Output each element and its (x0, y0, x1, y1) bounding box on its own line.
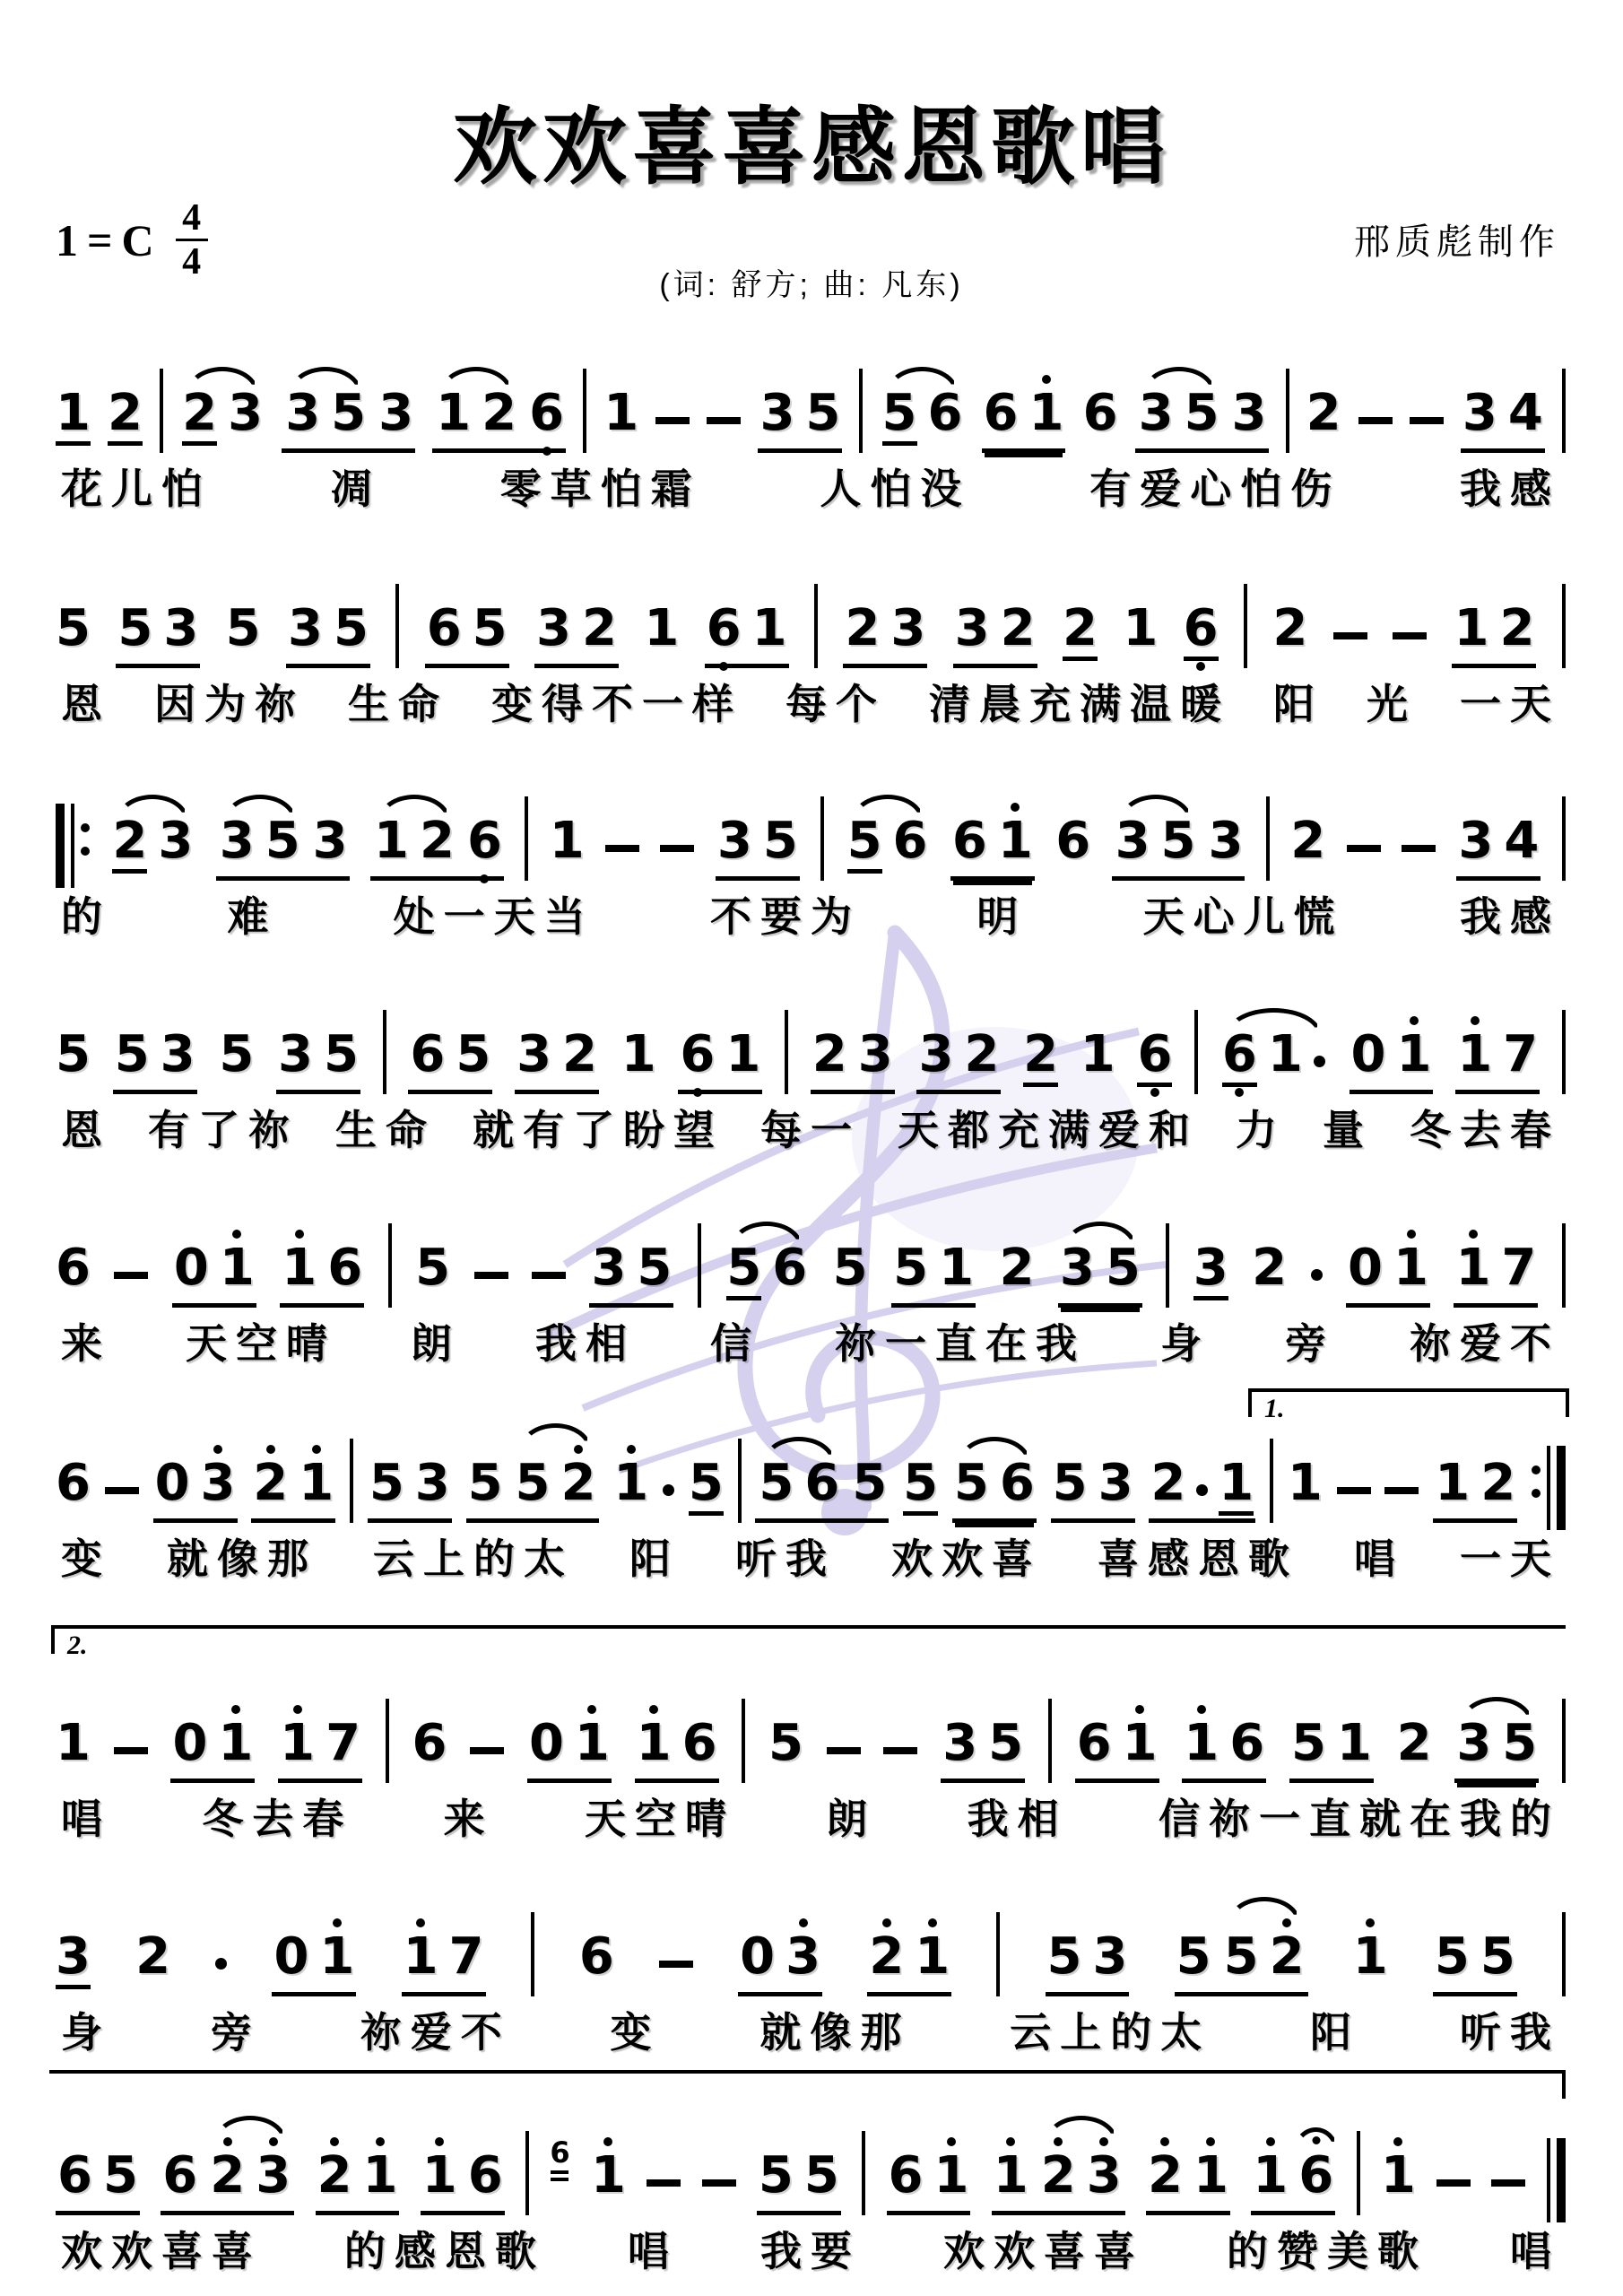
lyric-segment: 冬去春 (1410, 1098, 1560, 1157)
note: 5 (1224, 1932, 1259, 1989)
note: 5 (324, 1030, 359, 1087)
barline (1562, 1699, 1566, 1783)
note-group: 01 (527, 1705, 612, 1783)
music-line-8: 3201176032153552155身旁祢爱不变就像那云上的太阳听我 (54, 1889, 1567, 2059)
duration-dash (1410, 417, 1444, 424)
lyric-segment: 就像那 (167, 1526, 317, 1586)
lyric-segment: 朗 (826, 1787, 876, 1846)
barline (996, 1912, 1000, 1996)
duration-dash (470, 1747, 504, 1754)
note: 0 (740, 1932, 775, 1989)
maker-credit: 邢质彪制作 (1354, 213, 1560, 265)
note: 3 (1209, 816, 1244, 874)
note: 2 (253, 1445, 288, 1516)
note-group: 17 (402, 1918, 486, 1996)
note-group: 61 (678, 1030, 762, 1094)
note: 1 (752, 604, 787, 661)
augmentation-dot (1311, 1269, 1323, 1281)
octave-dot-high (330, 2137, 339, 2146)
note-digit: 3 (1093, 1932, 1128, 1982)
lyric-segment: 天都充满爱和 (898, 1098, 1199, 1157)
note-digit: 3 (858, 1030, 893, 1080)
octave-dot-high (295, 1230, 304, 1239)
lyric-segment: 阳 (1310, 2000, 1360, 2059)
lyric-segment: 天空晴 (186, 1311, 336, 1370)
note: 1 (613, 1445, 648, 1516)
note: 1 (725, 1030, 760, 1087)
slur-note-group: 35 (283, 388, 368, 453)
note: 5 (117, 604, 152, 661)
octave-dot-high (649, 1705, 658, 1714)
note: 6 (893, 816, 928, 874)
note-digit: 2 (1148, 2151, 1183, 2201)
note: 2 (561, 1445, 596, 1516)
note: 3 (1139, 388, 1174, 446)
note-digit: 0 (740, 1932, 775, 1982)
note: 2 (1252, 1243, 1287, 1300)
note: 5 (903, 1458, 938, 1516)
note: 2 (1480, 1458, 1515, 1516)
note: 3 (1060, 1243, 1095, 1300)
duration-dash (114, 1272, 148, 1279)
note-digit: 1 (374, 816, 409, 866)
note-digit: 6 (410, 1030, 445, 1080)
note-digit: 5 (415, 1243, 450, 1293)
lyric-segment: 凋 (331, 457, 381, 516)
note: 6 (707, 604, 742, 661)
note: 1 (220, 1230, 255, 1300)
lyric-segment: 生命 (335, 1098, 436, 1157)
note: 3 (890, 604, 925, 661)
slur-note-group: 35 (1114, 816, 1198, 881)
note-digit: 6 (1222, 1030, 1257, 1080)
note-digit: 5 (847, 816, 882, 866)
note: 6 (1077, 1718, 1112, 1776)
note-digit: 5 (1176, 1932, 1211, 1982)
note: 3 (955, 604, 990, 661)
barline (1357, 2131, 1360, 2215)
duration-dash (1491, 2179, 1525, 2187)
note-group: 35 (589, 1243, 673, 1308)
duration-dash (1384, 1487, 1419, 1494)
duration-dash (1333, 632, 1367, 639)
lyric-segment: 来 (444, 1787, 494, 1846)
notes-row: 2335312613556616353234 (54, 773, 1567, 874)
note-digit: 2 (1001, 604, 1036, 654)
note: 0 (273, 1932, 308, 1989)
note: 6 (468, 2151, 503, 2208)
duration-dash (1358, 417, 1393, 424)
note-digit: 3 (158, 816, 193, 866)
octave-dot-low (542, 447, 551, 456)
sheet-page: 欢欢喜喜感恩歌唱 1=C 4 4 (词: 舒方; 曲: 凡东) 邢质彪制作 1.… (0, 0, 1623, 2296)
barline (388, 1223, 392, 1308)
note: 0 (529, 1718, 564, 1776)
note-digit: 6 (162, 2151, 197, 2201)
lyric-segment: 冬去春 (202, 1787, 352, 1846)
note-digit: 3 (288, 604, 323, 654)
note: 5 (219, 1030, 254, 1087)
lyric-segment: 的感恩歌 (344, 2219, 545, 2278)
note-digit: 5 (1106, 1243, 1141, 1293)
note-digit: 1 (1353, 1932, 1388, 1982)
note: 1 (933, 2137, 968, 2208)
note: 6 (1137, 1030, 1172, 1087)
lyric-segment: 欢欢喜 (891, 1526, 1042, 1586)
note-digit: 2 (1306, 388, 1341, 439)
note-digit: 5 (219, 1030, 254, 1080)
barline (383, 1010, 386, 1094)
note-digit: 0 (1348, 1243, 1383, 1293)
lyric-segment: 欢欢喜喜 (943, 2219, 1144, 2278)
note-digit: 6 (579, 1932, 614, 1982)
note-digit: 2 (845, 604, 880, 654)
note-digit: 7 (325, 1718, 360, 1769)
note-digit: 3 (1098, 1458, 1133, 1509)
barline (1562, 369, 1566, 453)
note: 4 (1504, 816, 1539, 874)
note: 1 (644, 604, 679, 661)
note-digit: 2 (1499, 604, 1534, 654)
note: 5 (56, 604, 91, 661)
volta-2-label: 2. (67, 1631, 88, 1661)
lyric-segment: 云上的太 (373, 1526, 574, 1586)
note-digit: 3 (516, 1030, 551, 1080)
note: 3 (1458, 816, 1493, 874)
note-digit: 5 (768, 1718, 803, 1769)
note-digit: 5 (115, 1030, 150, 1080)
note-digit: 2 (253, 1458, 288, 1509)
note-group: 61 (705, 604, 789, 668)
note: 1 (1081, 1030, 1115, 1087)
lyric-segment: 恩 (61, 672, 111, 731)
octave-dot-high (882, 1918, 891, 1927)
slur-note-group: 12 (434, 388, 518, 453)
note-group: 35 (716, 816, 800, 881)
lyric-segment: 祢爱不 (1410, 1311, 1560, 1370)
note: 7 (1503, 1030, 1538, 1087)
note-digit: 2 (1063, 604, 1098, 654)
note: 3 (1098, 1458, 1133, 1516)
thin-bar (1547, 2138, 1550, 2222)
lyric-segment: 零草怕霜 (500, 457, 701, 516)
slur-note-group: 35 (1454, 1718, 1539, 1783)
lyric-segment: 阳 (629, 1526, 680, 1586)
note-digit: 6 (56, 1458, 91, 1509)
note: 1 (1219, 1458, 1254, 1516)
note: 6 (56, 1243, 91, 1300)
note: 1 (1288, 1458, 1323, 1516)
barline (350, 1439, 353, 1523)
slur-note-group: 23 (1039, 2137, 1124, 2215)
note: 6 (529, 388, 564, 446)
barline (1562, 796, 1566, 881)
note-digit: 3 (220, 816, 255, 866)
note-digit: 5 (117, 604, 152, 654)
lyric-segment: 力 (1236, 1098, 1286, 1157)
note: 1 (1381, 2137, 1416, 2208)
note: 6 (984, 388, 1019, 446)
note-digit: 1 (1184, 1718, 1219, 1769)
octave-dot-high (269, 2137, 278, 2146)
note-digit: 5 (903, 1458, 938, 1509)
note-digit: 6 (804, 1458, 839, 1509)
note: 5 (763, 816, 798, 874)
note-group: 16 (1251, 2137, 1335, 2215)
note: 3 (313, 816, 348, 874)
note: 1 (1454, 604, 1488, 661)
note-group: 565 (755, 1458, 889, 1523)
repeat-dots (81, 823, 90, 856)
note: 6 (467, 816, 502, 874)
note: 1 (621, 1030, 656, 1087)
note-digit: 6 (467, 816, 502, 866)
note: 1 (1435, 1458, 1470, 1516)
note-digit: 1 (621, 1030, 656, 1080)
lyric-segment: 变得不一样 (491, 672, 742, 731)
lyric-segment: 我感 (1460, 457, 1560, 516)
note-digit: 3 (785, 1932, 820, 1982)
duration-dash (655, 417, 690, 424)
note: 5 (516, 1458, 551, 1516)
note-digit: 5 (516, 1458, 551, 1509)
music-line-9: 65623211661556112321161欢欢喜喜的感恩歌唱我要欢欢喜喜的赞… (54, 2108, 1567, 2278)
octave-dot-high (1042, 375, 1051, 384)
note-digit: 5 (804, 2151, 839, 2201)
note-group: 17 (1455, 1016, 1540, 1094)
note-digit: 1 (404, 1932, 438, 1982)
note-digit: 2 (1480, 1458, 1515, 1509)
note-digit: 5 (324, 1030, 359, 1080)
notes-row: 55353565321612332216610117 (54, 987, 1567, 1087)
note: 3 (1456, 1718, 1491, 1776)
note: 5 (954, 1458, 989, 1516)
note: 2 (1023, 1030, 1058, 1087)
note: 5 (759, 1458, 794, 1516)
note: 1 (1455, 1230, 1490, 1300)
note-digit: 5 (759, 2151, 794, 2201)
duration-dash (827, 1747, 861, 1754)
note-digit: 5 (1053, 1458, 1088, 1509)
lyric-segment: 朗 (411, 1311, 461, 1370)
note: 4 (1508, 388, 1543, 446)
music-line-5: 6011653556551235320117来天空晴朗我相信祢一直在我身旁祢爱不 (54, 1200, 1567, 1370)
lyric-segment: 变 (61, 1526, 111, 1586)
note-digit: 3 (163, 604, 198, 654)
note: 1 (998, 803, 1033, 874)
lyric-segment: 量 (1323, 1098, 1373, 1157)
slur-note-group: 23 (180, 388, 265, 446)
note-digit: 5 (1435, 1932, 1470, 1982)
note-digit: 1 (939, 1243, 974, 1293)
note: 1 (1268, 1030, 1303, 1087)
slur-note-group: 61 (1220, 1030, 1327, 1087)
note-group: 53 (1051, 1458, 1135, 1523)
note: 6 (162, 2151, 197, 2208)
note: 2 (1397, 1718, 1432, 1776)
note: 1 (1193, 2137, 1228, 2208)
note: 3 (858, 1030, 893, 1087)
note-digit: 2 (420, 816, 455, 866)
slur-note-group: 56 (725, 1243, 809, 1300)
note: 1 (56, 1718, 91, 1776)
note-digit: 2 (964, 1030, 999, 1080)
slur-note-group: 56 (846, 816, 930, 874)
note: 3 (161, 1030, 195, 1087)
lyric-segment: 我相 (968, 1787, 1068, 1846)
note-digit: 1 (1381, 2151, 1416, 2201)
note-group: 623 (161, 2137, 294, 2215)
note-digit: 2 (561, 1458, 596, 1509)
lyrics-row: 来天空晴朗我相信祢一直在我身旁祢爱不 (54, 1311, 1567, 1370)
lyric-segment: 听我 (1460, 2000, 1560, 2059)
note-group: 16 (1182, 1705, 1266, 1783)
note: 6 (579, 1932, 614, 1989)
note-digit: 1 (1268, 1030, 1303, 1080)
duration-dash (605, 845, 639, 852)
note-digit: 6 (772, 1243, 807, 1293)
note: 3 (220, 816, 255, 874)
note-digit: 3 (161, 1030, 195, 1080)
slur-note-group: 35 (218, 816, 302, 881)
note: 6 (889, 2151, 924, 2208)
note: 1 (1253, 2137, 1288, 2208)
note-digit: 2 (1041, 2151, 1076, 2201)
note-group: 16 (421, 2137, 505, 2215)
note-digit: 0 (529, 1718, 564, 1769)
note-digit: 6 (1184, 604, 1219, 654)
repeat-open-barline (56, 804, 90, 881)
note: 3 (56, 1932, 91, 1989)
barline (1270, 1439, 1273, 1523)
lyric-segment: 祢爱不 (360, 2000, 511, 2059)
octave-dot-high (1471, 1016, 1480, 1025)
note-digit: 5 (473, 604, 508, 654)
note-digit: 3 (1115, 816, 1150, 866)
note-digit: 1 (998, 816, 1033, 866)
note: 2 (1150, 1458, 1185, 1516)
note: 3 (256, 2137, 291, 2208)
lyric-segment: 难 (227, 884, 277, 944)
note-digit: 1 (1454, 604, 1488, 654)
note: 6 (427, 604, 462, 661)
note: 2 (1499, 604, 1534, 661)
octave-dot-high (1282, 1918, 1291, 1927)
note: 5 (726, 1243, 761, 1300)
lyrics-row: 的难处一天当不要为明天心儿慌我感 (54, 884, 1567, 944)
note-digit: 7 (449, 1932, 484, 1982)
note: 5 (456, 1030, 490, 1087)
note: 5 (115, 1030, 150, 1087)
note: 1 (422, 2137, 457, 2208)
note: 5 (689, 1458, 724, 1516)
music-line-3: 2335312613556616353234的难处一天当不要为明天心儿慌我感 (54, 773, 1567, 944)
music-line-4: 55353565321612332216610117恩有了祢生命就有了盼望每一天… (54, 987, 1567, 1157)
note: 2 (317, 2137, 352, 2208)
barline (531, 1912, 534, 1996)
note: 5 (1053, 1458, 1088, 1516)
octave-dot-high (574, 1445, 583, 1454)
note: 2 (1148, 2137, 1183, 2208)
note-digit: 2 (1272, 604, 1307, 654)
note-digit: 1 (319, 1932, 354, 1982)
lyric-segment: 光 (1367, 672, 1417, 731)
barline (862, 2131, 865, 2215)
note-digit: 1 (282, 1243, 317, 1293)
note: 1 (1393, 1230, 1428, 1300)
note-digit: 5 (1224, 1932, 1259, 1982)
barline (1562, 1223, 1566, 1308)
note: 5 (1047, 1932, 1082, 1989)
octave-dot-high (603, 2137, 612, 2146)
note-group: 32 (953, 604, 1037, 668)
slur-note-group: 56 (881, 388, 965, 446)
note-digit: 1 (1253, 2151, 1288, 2201)
note-group: 552 (466, 1445, 600, 1523)
note-group: 23 (811, 1030, 895, 1094)
note: 2 (1306, 388, 1341, 446)
note-group: 61 (982, 375, 1066, 453)
note: 1 (1337, 1718, 1372, 1776)
notes-row: 1011760116535611651235 (54, 1675, 1567, 1776)
note: 1 (603, 388, 638, 446)
lyric-segment: 有了祢 (148, 1098, 299, 1157)
note: 5 (103, 2151, 138, 2208)
lyric-segment: 恩 (61, 1098, 111, 1157)
note-group: 21 (316, 2137, 400, 2215)
note-digit: 5 (805, 388, 840, 439)
barline (814, 584, 818, 668)
note: 2 (812, 1030, 847, 1087)
note-group: 353 (1135, 388, 1269, 453)
note-group: 353 (282, 388, 415, 453)
note-group: 34 (1461, 388, 1545, 453)
barline (785, 1010, 788, 1094)
octave-dot-high (266, 1445, 275, 1454)
note: 2 (210, 2137, 245, 2208)
note: 5 (988, 1718, 1023, 1776)
note-digit: 6 (1000, 1458, 1035, 1509)
note: 2 (1270, 1918, 1305, 1989)
note: 0 (1351, 1030, 1386, 1087)
note-group: 552 (1175, 1918, 1308, 1996)
note-digit: 3 (759, 388, 794, 439)
octave-dot-high (213, 1445, 222, 1454)
note-digit: 0 (273, 1932, 308, 1982)
lyrics-row: 身旁祢爱不变就像那云上的太阳听我 (54, 2000, 1567, 2059)
note-group: 01 (1346, 1230, 1430, 1308)
note-group: 353 (216, 816, 350, 881)
note-digit: 6 (468, 2151, 503, 2201)
octave-dot-low (1235, 1088, 1244, 1097)
note-group: 126 (370, 816, 504, 881)
note-digit: 5 (1185, 388, 1219, 439)
octave-dot-high (1135, 1705, 1144, 1714)
octave-dot-high (293, 1705, 302, 1714)
lyric-segment: 明 (976, 884, 1027, 944)
note-group: 32 (534, 604, 619, 668)
lyric-segment: 我相 (535, 1311, 636, 1370)
note: 3 (1087, 2137, 1122, 2208)
note-group: 123 (992, 2137, 1125, 2215)
note-digit: 2 (317, 2151, 352, 2201)
note: 3 (536, 604, 571, 661)
note: 3 (378, 388, 413, 446)
lyric-segment: 我要 (760, 2219, 861, 2278)
note: 6 (804, 1458, 839, 1516)
slur-note-group: 56 (952, 1458, 1037, 1523)
note-digit: 1 (613, 1458, 648, 1509)
